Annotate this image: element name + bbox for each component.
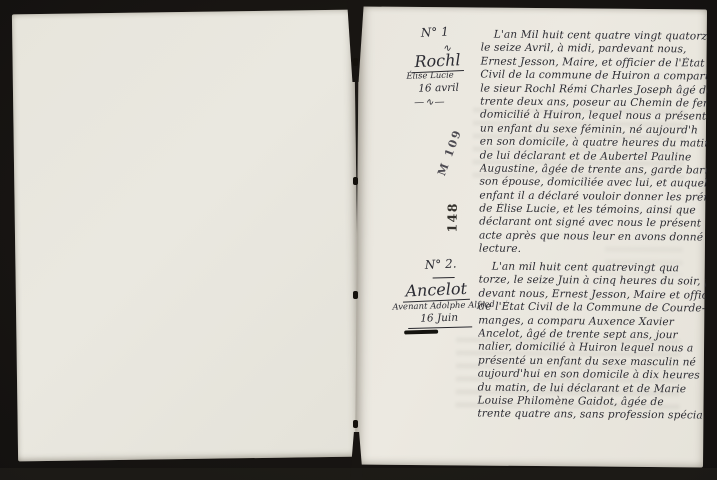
act-text-line: de l'État Civil de la Commune de Courde- xyxy=(478,301,705,316)
folio-number: 148 xyxy=(445,202,460,233)
binding-stitch-dot xyxy=(353,58,358,66)
act-text-line: en son domicile, à quatre heures du mati… xyxy=(480,136,707,151)
margin-surname-2: Ancelot xyxy=(402,279,470,303)
blank-left-page xyxy=(12,10,360,462)
margin-date-1: 16 avril xyxy=(418,82,459,95)
binding-stitch-dot xyxy=(353,291,358,299)
margin-rule xyxy=(433,277,455,279)
margin-date-2: 16 Juin xyxy=(420,312,458,325)
binding-stitch-dot xyxy=(353,420,358,428)
binding-stitch-dot xyxy=(353,177,358,185)
birth-act-2-text: L'an mil huit cent quatrevingt quatorze,… xyxy=(477,261,705,424)
register-scan-photo: N° 1 ∿ Rochl Élise Lucie 16 avril —∿— M … xyxy=(0,0,717,480)
act-text-line: Civil de la commune de Huiron a comparu xyxy=(480,69,707,84)
birth-act-1-text: L'an Mil huit cent quatre vingt quatorze… xyxy=(479,29,708,259)
scan-table-edge xyxy=(0,468,717,480)
margin-entry-number-1: N° 1 xyxy=(420,25,449,40)
margin-rule xyxy=(408,326,472,329)
act-text-line: trente quatre ans, sans profession spéci… xyxy=(477,408,704,423)
margin-entry-number-2: N° 2. xyxy=(424,257,456,272)
act-text-line: aujourd'hui en son domicile à dix heures xyxy=(478,368,705,383)
margin-ink-blot xyxy=(404,330,438,335)
archive-stamp-number: M 109 xyxy=(435,127,464,177)
margin-given-names-1: Élise Lucie xyxy=(406,70,454,81)
margin-flourish: —∿— xyxy=(414,97,446,109)
margin-surname-1: Rochl xyxy=(411,50,464,73)
act-text-line: lecture. xyxy=(479,243,706,258)
manuscript-right-page: N° 1 ∿ Rochl Élise Lucie 16 avril —∿— M … xyxy=(355,6,707,467)
